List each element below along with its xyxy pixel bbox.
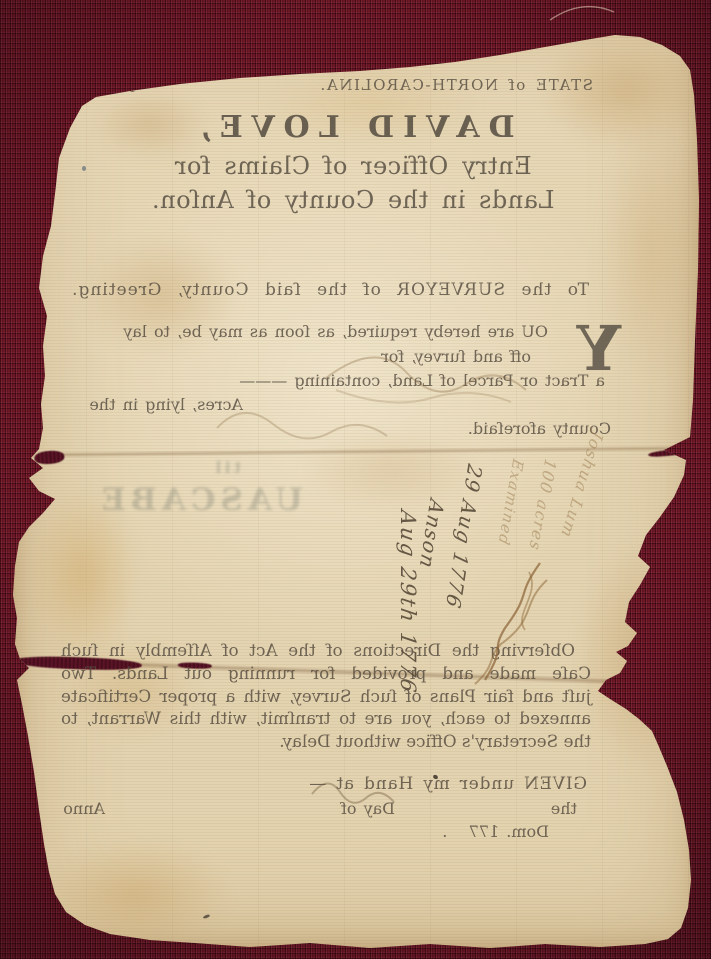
paragraph1-line1: OU are hereby required, as ſoon as may b… bbox=[123, 322, 548, 341]
paragraph2-line4: annexed to each, you are to tranſmit, wi… bbox=[61, 708, 591, 728]
the-label: the bbox=[551, 799, 577, 818]
ink-show-through-squiggle bbox=[211, 408, 391, 448]
dom-line: Dom. 177 . bbox=[442, 822, 549, 841]
fabric-fiber bbox=[548, 2, 618, 26]
paragraph2-line5: the Secretary's Office without Delay. bbox=[279, 731, 591, 751]
ghost-text-line-2: UASCABE bbox=[97, 482, 303, 518]
ink-show-through-squiggle bbox=[311, 348, 531, 408]
state-line: STATE of NORTH-CAROLINA. bbox=[319, 76, 593, 94]
ink-show-through-squiggle bbox=[306, 782, 398, 810]
masthead-name: DAVID LOVE, bbox=[75, 110, 631, 145]
handwritten-number: 388 bbox=[80, 61, 108, 80]
ink-speck bbox=[82, 166, 86, 171]
masthead-office-line: Entry Officer of Claims for bbox=[75, 152, 631, 180]
ghost-text-line-1: til bbox=[212, 458, 241, 477]
signature-scrawl bbox=[445, 558, 565, 698]
handwriting-date-2: Aug 29th 1776 bbox=[396, 509, 420, 696]
photo-of-document: STATE of NORTH-CAROLINA. No. 388 DAVID L… bbox=[0, 0, 711, 959]
mirrored-printed-form: STATE of NORTH-CAROLINA. No. 388 DAVID L… bbox=[0, 0, 711, 959]
masthead-lands-line: Lands in the County of Anſon. bbox=[75, 186, 631, 214]
number-label: No. bbox=[108, 78, 135, 96]
anno-label: Anno bbox=[63, 799, 105, 818]
greeting-line: To the SURVEYOR of the ſaid County, Gree… bbox=[71, 280, 589, 300]
torn-aged-paper: STATE of NORTH-CAROLINA. No. 388 DAVID L… bbox=[0, 0, 711, 959]
